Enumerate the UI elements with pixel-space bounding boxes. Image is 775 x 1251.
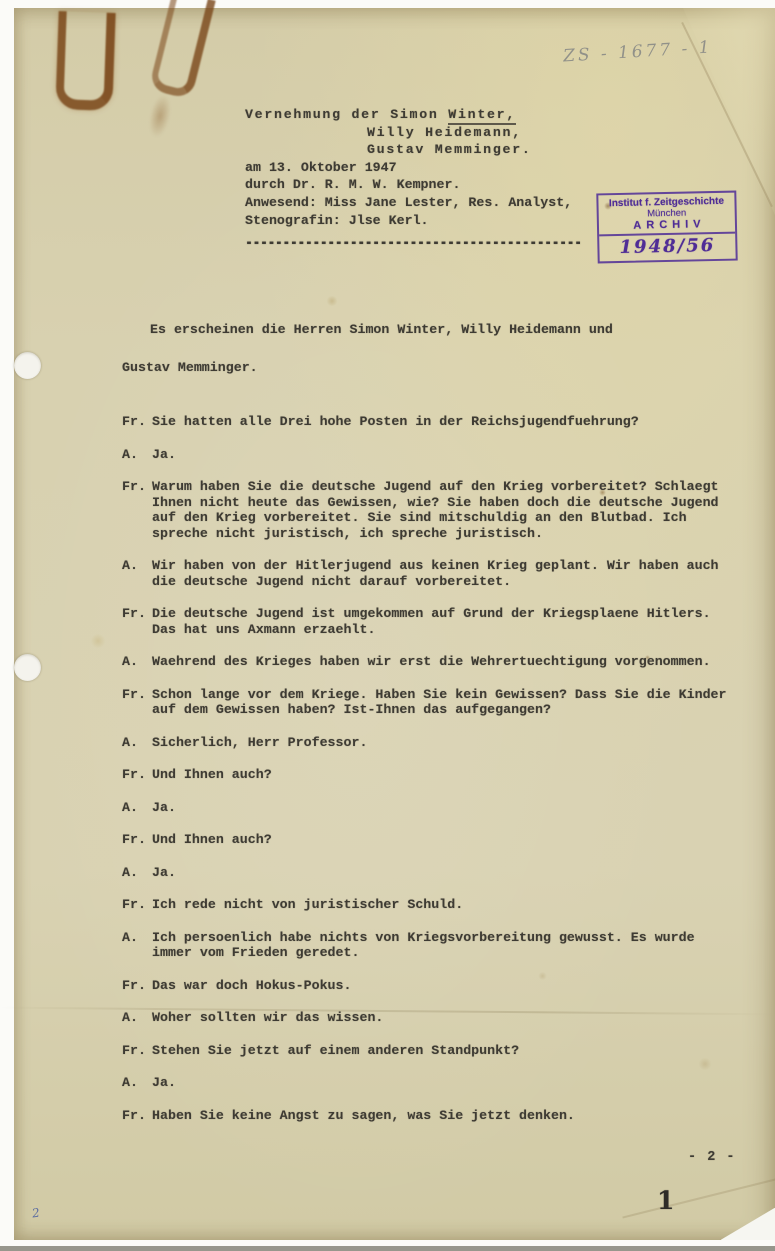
qa-text: Und Ihnen auch? bbox=[152, 767, 730, 783]
header-name-3: Gustav Memminger. bbox=[245, 141, 582, 159]
speaker-label: A. bbox=[122, 654, 152, 670]
speaker-label: A. bbox=[122, 800, 152, 816]
qa-item: A. Ja. bbox=[122, 865, 736, 881]
qa-item: Fr. Das war doch Hokus-Pokus. bbox=[122, 978, 736, 994]
qa-text: Wir haben von der Hitlerjugend aus keine… bbox=[152, 558, 730, 589]
speaker-label: Fr. bbox=[122, 1043, 152, 1059]
stamp-accession-number: 1948/56 bbox=[599, 234, 735, 262]
speaker-label: Fr. bbox=[122, 479, 152, 541]
opening-line-1: Es erscheinen die Herren Simon Winter, W… bbox=[150, 322, 613, 338]
speaker-label: Fr. bbox=[122, 687, 152, 718]
qa-text: Stehen Sie jetzt auf einem anderen Stand… bbox=[152, 1043, 730, 1059]
scanned-document-page: ZS - 1677 - 1 Institut f. Zeitgeschichte… bbox=[0, 0, 775, 1251]
qa-item: A. Wir haben von der Hitlerjugend aus ke… bbox=[122, 558, 736, 589]
scanner-edge-bar bbox=[0, 1246, 775, 1251]
speaker-label: Fr. bbox=[122, 978, 152, 994]
speaker-label: A. bbox=[122, 558, 152, 589]
qa-text: Haben Sie keine Angst zu sagen, was Sie … bbox=[152, 1108, 730, 1124]
qa-text: Das war doch Hokus-Pokus. bbox=[152, 978, 730, 994]
header-title-line: Vernehmung der Simon Winter, bbox=[245, 106, 582, 124]
qa-item: A. Sicherlich, Herr Professor. bbox=[122, 735, 736, 751]
qa-text: Ja. bbox=[152, 800, 730, 816]
speaker-label: A. bbox=[122, 1010, 152, 1026]
speaker-label: Fr. bbox=[122, 414, 152, 430]
qa-item: Fr. Warum haben Sie die deutsche Jugend … bbox=[122, 479, 736, 541]
qa-item: A. Ja. bbox=[122, 1075, 736, 1091]
qa-text: Ja. bbox=[152, 865, 730, 881]
qa-item: A. Woher sollten wir das wissen. bbox=[122, 1010, 736, 1026]
qa-item: Fr. Sie hatten alle Drei hohe Posten in … bbox=[122, 414, 736, 430]
qa-text: Sie hatten alle Drei hohe Posten in der … bbox=[152, 414, 730, 430]
corner-fold-bottom-right bbox=[721, 1208, 775, 1240]
qa-item: Fr. Und Ihnen auch? bbox=[122, 832, 736, 848]
speaker-label: Fr. bbox=[122, 1108, 152, 1124]
qa-text: Die deutsche Jugend ist umgekommen auf G… bbox=[152, 606, 730, 637]
paperclip-rust-mark-left bbox=[55, 11, 115, 111]
typed-page-number: - 2 - bbox=[688, 1150, 736, 1165]
qa-text: Ja. bbox=[152, 1075, 730, 1091]
speaker-label: A. bbox=[122, 447, 152, 463]
header-present-line: Anwesend: Miss Jane Lester, Res. Analyst… bbox=[245, 194, 582, 212]
qa-text: Und Ihnen auch? bbox=[152, 832, 730, 848]
header-date-line: am 13. Oktober 1947 bbox=[245, 159, 582, 177]
opening-paragraph: Es erscheinen die Herren Simon Winter, W… bbox=[122, 322, 613, 375]
qa-item: Fr. Und Ihnen auch? bbox=[122, 767, 736, 783]
document-header: Vernehmung der Simon Winter, Willy Heide… bbox=[245, 106, 582, 248]
qa-text: Ich persoenlich habe nichts von Kriegsvo… bbox=[152, 930, 730, 961]
speaker-label: Fr. bbox=[122, 832, 152, 848]
qa-item: A. Waehrend des Krieges haben wir erst d… bbox=[122, 654, 736, 670]
qa-text: Sicherlich, Herr Professor. bbox=[152, 735, 730, 751]
qa-text: Schon lange vor dem Kriege. Haben Sie ke… bbox=[152, 687, 730, 718]
header-name-2: Willy Heidemann, bbox=[245, 124, 582, 142]
header-title-pre: Vernehmung der Simon bbox=[245, 107, 448, 122]
qa-transcript-list: Fr. Sie hatten alle Drei hohe Posten in … bbox=[122, 414, 736, 1140]
header-stenographer-line: Stenografin: Jlse Kerl. bbox=[245, 212, 582, 230]
qa-text: Ja. bbox=[152, 447, 730, 463]
qa-item: A. Ja. bbox=[122, 447, 736, 463]
qa-text: Woher sollten wir das wissen. bbox=[152, 1010, 730, 1026]
stain bbox=[90, 634, 106, 648]
stamped-page-number: 1 bbox=[657, 1186, 674, 1215]
stamp-institute-line: Institut f. Zeitgeschichte bbox=[598, 193, 734, 210]
archive-stamp: Institut f. Zeitgeschichte München ARCHI… bbox=[596, 191, 737, 264]
punch-hole-bottom bbox=[14, 654, 41, 681]
qa-item: Fr. Die deutsche Jugend ist umgekommen a… bbox=[122, 606, 736, 637]
speaker-label: A. bbox=[122, 865, 152, 881]
qa-text: Waehrend des Krieges haben wir erst die … bbox=[152, 654, 730, 670]
qa-text: Ich rede nicht von juristischer Schuld. bbox=[152, 897, 730, 913]
qa-item: A. Ja. bbox=[122, 800, 736, 816]
qa-text: Warum haben Sie die deutsche Jugend auf … bbox=[152, 479, 730, 541]
speaker-label: Fr. bbox=[122, 606, 152, 637]
qa-item: Fr. Schon lange vor dem Kriege. Haben Si… bbox=[122, 687, 736, 718]
speaker-label: A. bbox=[122, 930, 152, 961]
qa-item: Fr. Haben Sie keine Angst zu sagen, was … bbox=[122, 1108, 736, 1124]
opening-line-2: Gustav Memminger. bbox=[122, 360, 613, 376]
stamp-archiv-line: ARCHIV bbox=[599, 218, 735, 233]
header-separator-line: ----------------------------------------… bbox=[245, 230, 582, 256]
speaker-label: Fr. bbox=[122, 767, 152, 783]
stain bbox=[326, 296, 338, 306]
header-name-underlined: Winter, bbox=[448, 107, 516, 125]
speaker-label: A. bbox=[122, 735, 152, 751]
speaker-label: Fr. bbox=[122, 897, 152, 913]
speaker-label: A. bbox=[122, 1075, 152, 1091]
header-interrogator-line: durch Dr. R. M. W. Kempner. bbox=[245, 176, 582, 194]
qa-item: Fr. Stehen Sie jetzt auf einem anderen S… bbox=[122, 1043, 736, 1059]
qa-item: Fr. Ich rede nicht von juristischer Schu… bbox=[122, 897, 736, 913]
blue-pencil-mark: 2 bbox=[31, 1206, 41, 1221]
qa-item: A. Ich persoenlich habe nichts von Krieg… bbox=[122, 930, 736, 961]
punch-hole-top bbox=[14, 352, 41, 379]
